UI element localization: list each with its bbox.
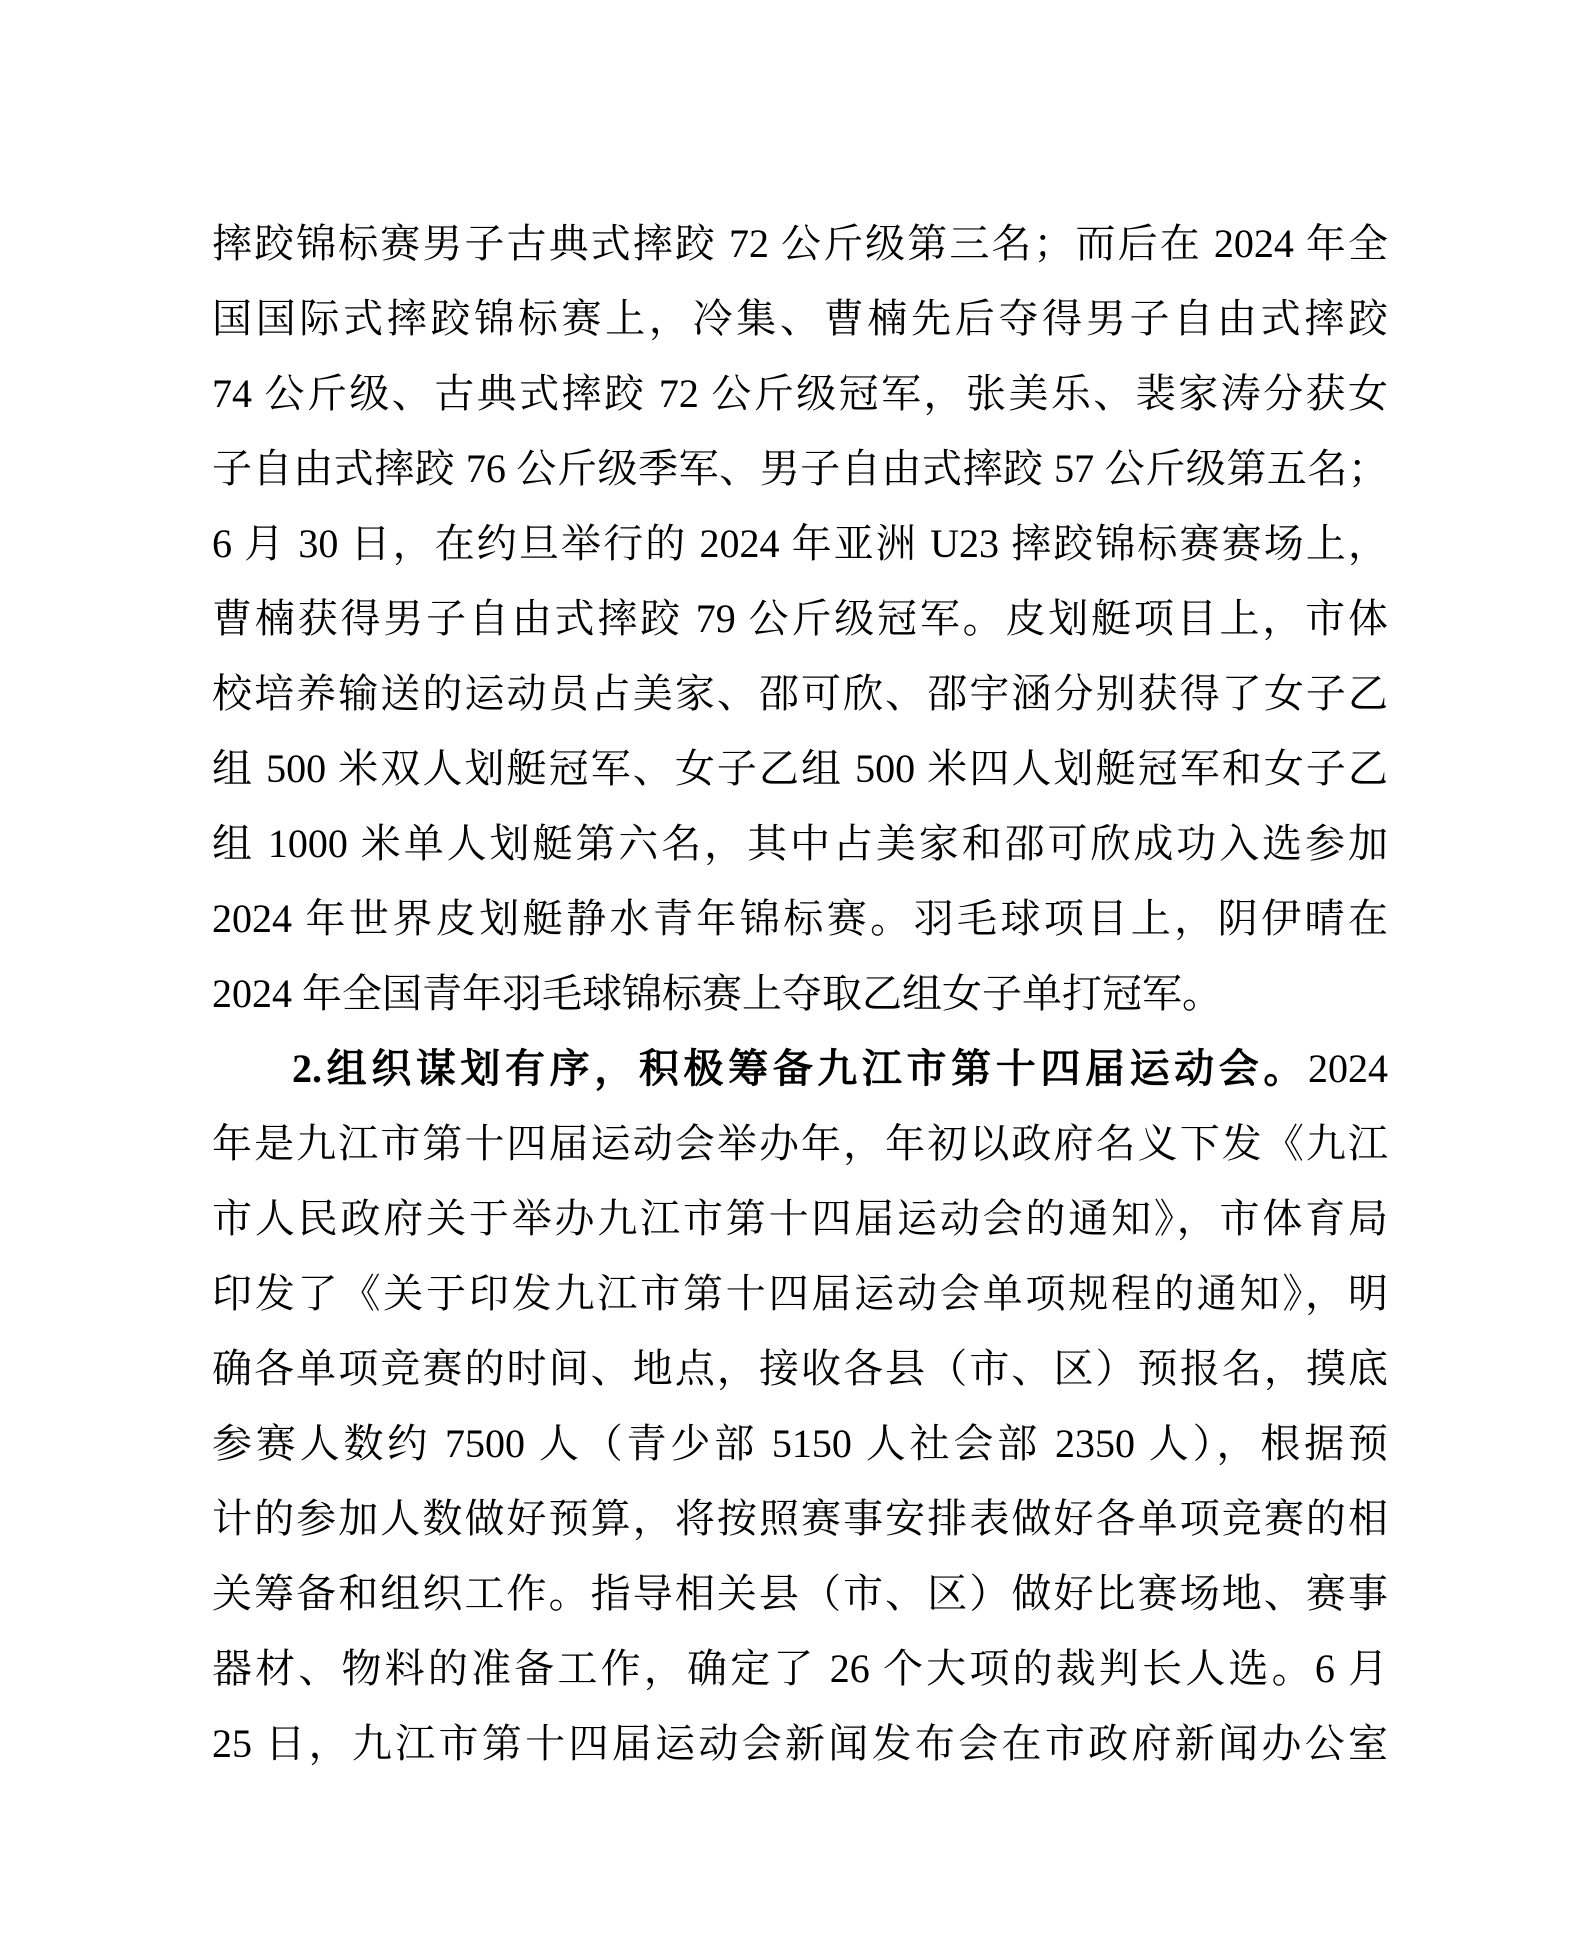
text-line: 25 日，九江市第十四届运动会新闻发布会在市政府新闻办公室 [212,1706,1388,1781]
paragraph-continuation: 摔跤锦标赛男子古典式摔跤 72 公斤级第三名；而后在 2024 年全 国国际式摔… [212,206,1388,1031]
text-line: 年是九江市第十四届运动会举办年，年初以政府名义下发《九江 [212,1106,1388,1181]
text-line: 子自由式摔跤 76 公斤级季军、男子自由式摔跤 57 公斤级第五名； [212,431,1388,506]
text-line: 校培养输送的运动员占美家、邵可欣、邵宇涵分别获得了女子乙 [212,656,1388,731]
section-heading-line: 2.组织谋划有序，积极筹备九江市第十四届运动会。2024 [212,1031,1388,1106]
text-line: 摔跤锦标赛男子古典式摔跤 72 公斤级第三名；而后在 2024 年全 [212,206,1388,281]
section-heading-bold-text: 2.组织谋划有序，积极筹备九江市第十四届运动会。 [292,1046,1308,1091]
paragraph-section-2: 2.组织谋划有序，积极筹备九江市第十四届运动会。2024 年是九江市第十四届运动… [212,1031,1388,1781]
text-line: 组 1000 米单人划艇第六名，其中占美家和邵可欣成功入选参加 [212,806,1388,881]
text-line: 国国际式摔跤锦标赛上，冷集、曹楠先后夺得男子自由式摔跤 [212,281,1388,356]
text-line: 6 月 30 日，在约旦举行的 2024 年亚洲 U23 摔跤锦标赛赛场上， [212,506,1388,581]
document-text-block: 摔跤锦标赛男子古典式摔跤 72 公斤级第三名；而后在 2024 年全 国国际式摔… [212,206,1388,1781]
text-line: 74 公斤级、古典式摔跤 72 公斤级冠军，张美乐、裴家涛分获女 [212,356,1388,431]
document-page: 摔跤锦标赛男子古典式摔跤 72 公斤级第三名；而后在 2024 年全 国国际式摔… [0,0,1587,1953]
text-line: 组 500 米双人划艇冠军、女子乙组 500 米四人划艇冠军和女子乙 [212,731,1388,806]
text-line: 器材、物料的准备工作，确定了 26 个大项的裁判长人选。6 月 [212,1631,1388,1706]
text-line: 确各单项竞赛的时间、地点，接收各县（市、区）预报名，摸底 [212,1331,1388,1406]
text-line: 2024 年世界皮划艇静水青年锦标赛。羽毛球项目上，阴伊晴在 [212,881,1388,956]
text-line: 参赛人数约 7500 人（青少部 5150 人社会部 2350 人），根据预 [212,1406,1388,1481]
text-line: 市人民政府关于举办九江市第十四届运动会的通知》，市体育局 [212,1181,1388,1256]
text-line: 2024 年全国青年羽毛球锦标赛上夺取乙组女子单打冠军。 [212,956,1388,1031]
text-line: 计的参加人数做好预算，将按照赛事安排表做好各单项竞赛的相 [212,1481,1388,1556]
text-line: 关筹备和组织工作。指导相关县（市、区）做好比赛场地、赛事 [212,1556,1388,1631]
text-line: 印发了《关于印发九江市第十四届运动会单项规程的通知》，明 [212,1256,1388,1331]
text-line: 曹楠获得男子自由式摔跤 79 公斤级冠军。皮划艇项目上，市体 [212,581,1388,656]
section-heading-following-text: 2024 [1308,1046,1388,1091]
